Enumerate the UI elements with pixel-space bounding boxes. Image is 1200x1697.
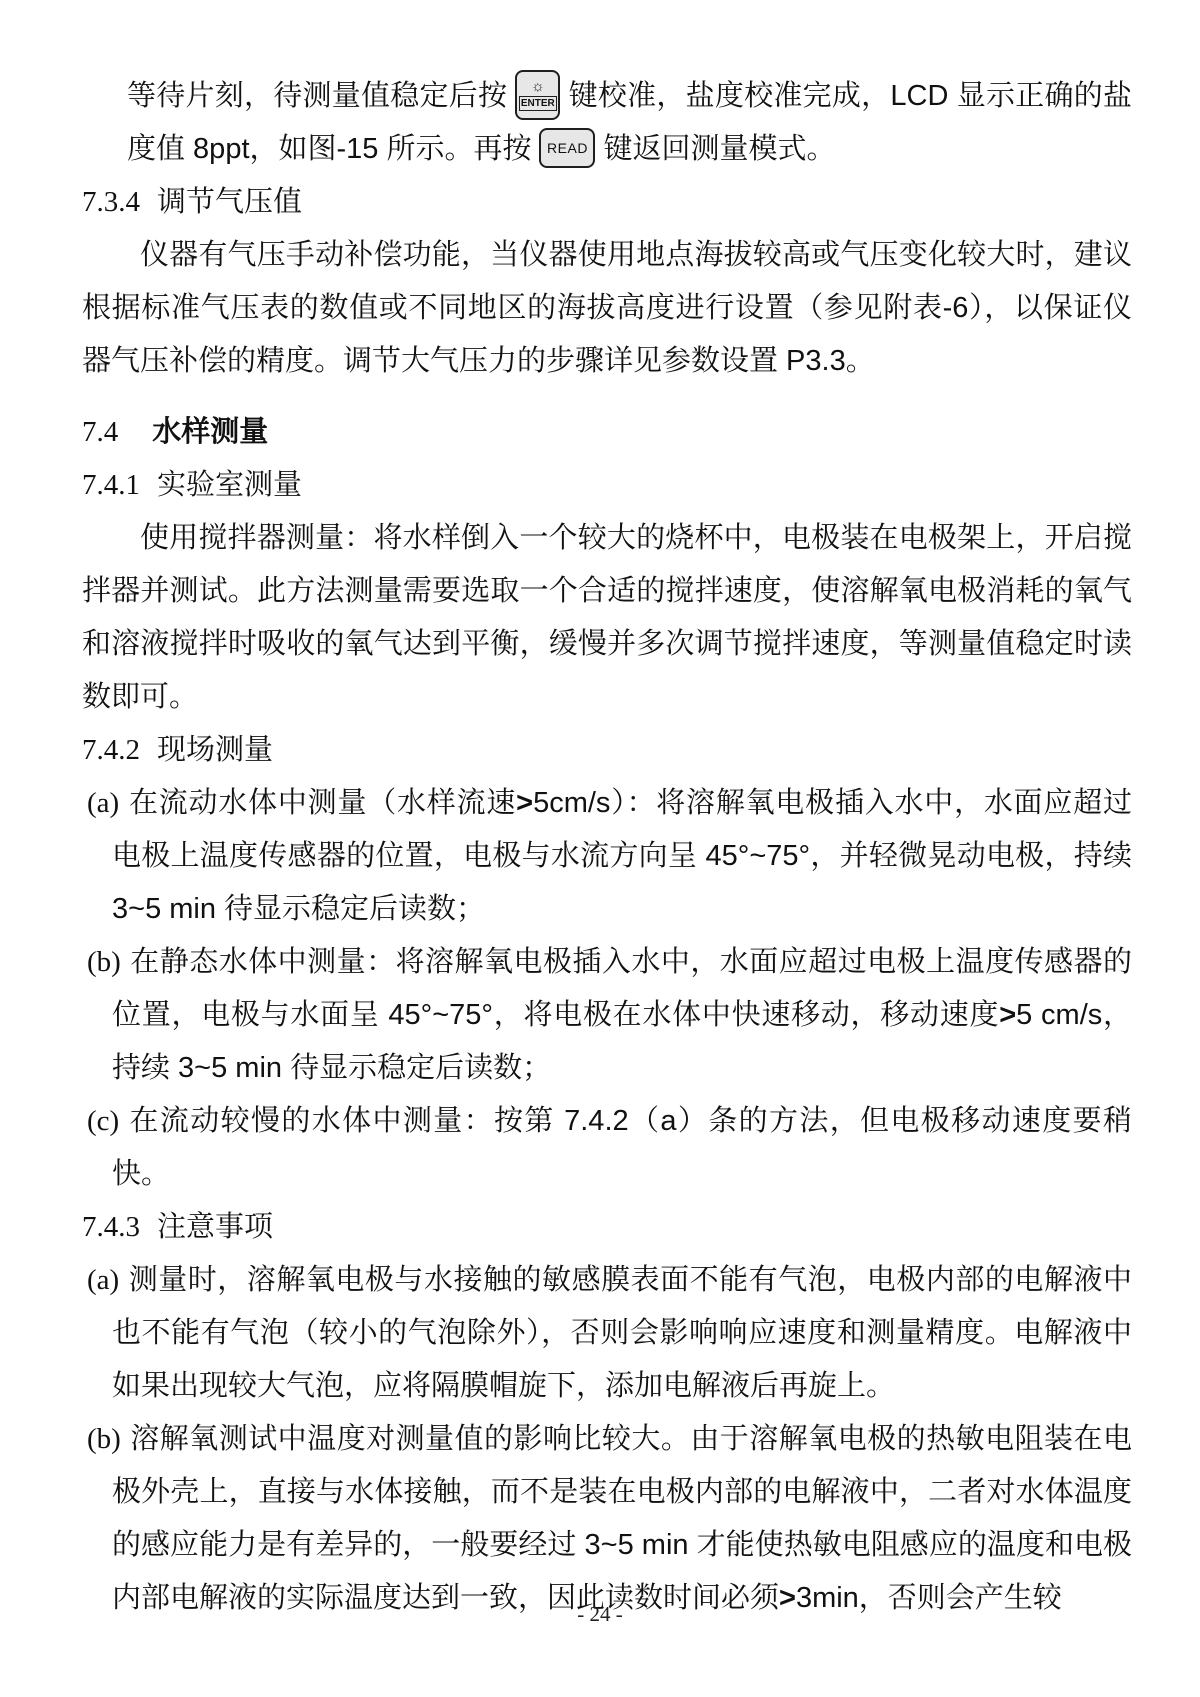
section-title: 现场测量 [157, 734, 273, 766]
text-run: 在静态水体中测量：将溶解氧电极插入水中，水面应超过电极上温度传感器的位置，电极与… [112, 946, 1132, 1031]
text-run: 在流动水体中测量（水样流速 [128, 787, 516, 819]
enter-key-symbol: ☼ [531, 79, 545, 95]
heading-7-4-3: 7.4.3注意事项 [82, 1201, 1132, 1254]
section-title: 注意事项 [157, 1211, 273, 1243]
list-item-c: (c)在流动较慢的水体中测量：按第 7.4.2（a）条的方法，但电极移动速度要稍… [82, 1095, 1132, 1201]
heading-7-4-1: 7.4.1实验室测量 [82, 459, 1132, 512]
document-content: 等待片刻，待测量值稳定后按☼ENTER键校准，盐度校准完成，LCD 显示正确的盐… [82, 70, 1132, 1625]
section-title: 水样测量 [152, 416, 268, 448]
item-marker: (c) [87, 1105, 119, 1137]
section-number: 7.4 [82, 416, 118, 448]
item-marker: (a) [87, 1264, 119, 1296]
item-marker: (a) [87, 787, 119, 819]
list-item-b: (b)在静态水体中测量：将溶解氧电极插入水中，水面应超过电极上温度传感器的位置，… [82, 936, 1132, 1095]
text-run: > [999, 999, 1016, 1031]
enter-key-icon: ☼ENTER [515, 70, 560, 120]
section-title: 调节气压值 [157, 186, 302, 218]
text-run: 测量时，溶解氧电极与水接触的敏感膜表面不能有气泡，电极内部的电解液中也不能有气泡… [112, 1264, 1132, 1402]
page-number: - 24 - [0, 1602, 1200, 1627]
section-title: 实验室测量 [157, 469, 302, 501]
section-number: 7.4.1 [82, 469, 140, 501]
continued-paragraph: 等待片刻，待测量值稳定后按☼ENTER键校准，盐度校准完成，LCD 显示正确的盐… [82, 70, 1132, 176]
read-key-icon: READ [539, 128, 595, 168]
read-key-label: READ [547, 140, 588, 156]
heading-7-4-2: 7.4.2现场测量 [82, 724, 1132, 777]
text-run: 仪器有气压手动补偿功能，当仪器使用地点海拔较高或气压变化较大时，建议根据标准气压… [82, 239, 1132, 377]
list-item-b: (b)溶解氧测试中温度对测量值的影响比较大。由于溶解氧电极的热敏电阻装在电极外壳… [82, 1413, 1132, 1625]
heading-7-4: 7.4水样测量 [82, 406, 1132, 459]
list-item-a: (a)在流动水体中测量（水样流速>5cm/s）：将溶解氧电极插入水中，水面应超过… [82, 777, 1132, 936]
text-run: 键返回测量模式。 [603, 133, 835, 165]
manual-page: 等待片刻，待测量值稳定后按☼ENTER键校准，盐度校准完成，LCD 显示正确的盐… [0, 0, 1200, 1697]
section-number: 7.3.4 [82, 186, 140, 218]
item-marker: (b) [87, 1423, 121, 1455]
list-item-a: (a)测量时，溶解氧电极与水接触的敏感膜表面不能有气泡，电极内部的电解液中也不能… [82, 1254, 1132, 1413]
section-number: 7.4.2 [82, 734, 140, 766]
heading-7-3-4: 7.3.4调节气压值 [82, 176, 1132, 229]
text-run: 使用搅拌器测量：将水样倒入一个较大的烧杯中，电极装在电极架上，开启搅拌器并测试。… [82, 522, 1132, 713]
body-paragraph: 使用搅拌器测量：将水样倒入一个较大的烧杯中，电极装在电极架上，开启搅拌器并测试。… [82, 512, 1132, 724]
item-marker: (b) [87, 946, 121, 978]
enter-key-label: ENTER [519, 96, 557, 111]
body-paragraph: 仪器有气压手动补偿功能，当仪器使用地点海拔较高或气压变化较大时，建议根据标准气压… [82, 229, 1132, 388]
text-run: 等待片刻，待测量值稳定后按 [127, 80, 507, 112]
text-run: 在流动较慢的水体中测量：按第 7.4.2（a）条的方法，但电极移动速度要稍快。 [112, 1105, 1132, 1190]
text-run: > [516, 787, 533, 819]
section-number: 7.4.3 [82, 1211, 140, 1243]
